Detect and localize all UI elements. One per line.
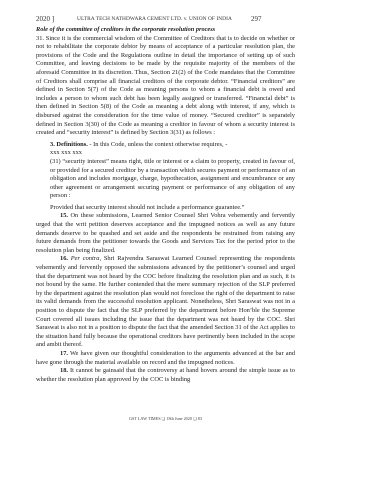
ellipsis-xxx: xxx xxx xxx [36,149,295,158]
paragraph-31: 31. Since it is the commercial wisdom of… [36,35,295,138]
definitions-clause: 3. Definitions. - In this Code, unless t… [36,141,295,150]
paragraph-16-number: 16. [60,255,68,262]
paragraph-15-number: 15. [60,212,68,219]
paragraph-15: 15. On these submissions, Learned Senior… [36,212,295,255]
paragraph-17-text: We have given our thoughtful considerati… [36,350,295,366]
definitions-text: - In this Code, unless the context other… [88,141,228,148]
running-footer: GST LAW TIMES ❏ 18th June 2020 ❏ 83 [36,416,295,421]
paragraph-18-text: It cannot be gainsaid that the controver… [36,367,295,383]
document-body: Role of the committee of creditors in th… [36,26,295,384]
paragraph-17-number: 17. [60,350,68,357]
definitions-label: 3. Definitions. [50,141,88,148]
paragraph-18-number: 18. [60,367,68,374]
paragraph-16: 16. Per contra, Shri Rajvendra Saraswat … [36,255,295,350]
paragraph-18: 18. It cannot be gainsaid that the contr… [36,367,295,384]
section-3-31: (31) “security interest” means right, ti… [36,158,295,201]
header-year: 2020 ] [36,15,54,23]
paragraph-16-text: Shri Rajvendra Saraswat Learned Counsel … [36,255,295,348]
header-page-number: 297 [251,15,262,23]
running-header: 2020 ] ULTRA TECH NATHDWARA CEMENT LTD. … [36,15,296,25]
section-subheading: Role of the committee of creditors in th… [36,26,295,35]
header-case-title: ULTRA TECH NATHDWARA CEMENT LTD. v. UNIO… [77,16,232,22]
per-contra: Per contra, [68,255,101,262]
paragraph-17: 17. We have given our thoughtful conside… [36,350,295,367]
paragraph-15-text: On these submissions, Learned Senior Cou… [36,212,295,253]
proviso: Provided that security interest should n… [36,204,295,213]
